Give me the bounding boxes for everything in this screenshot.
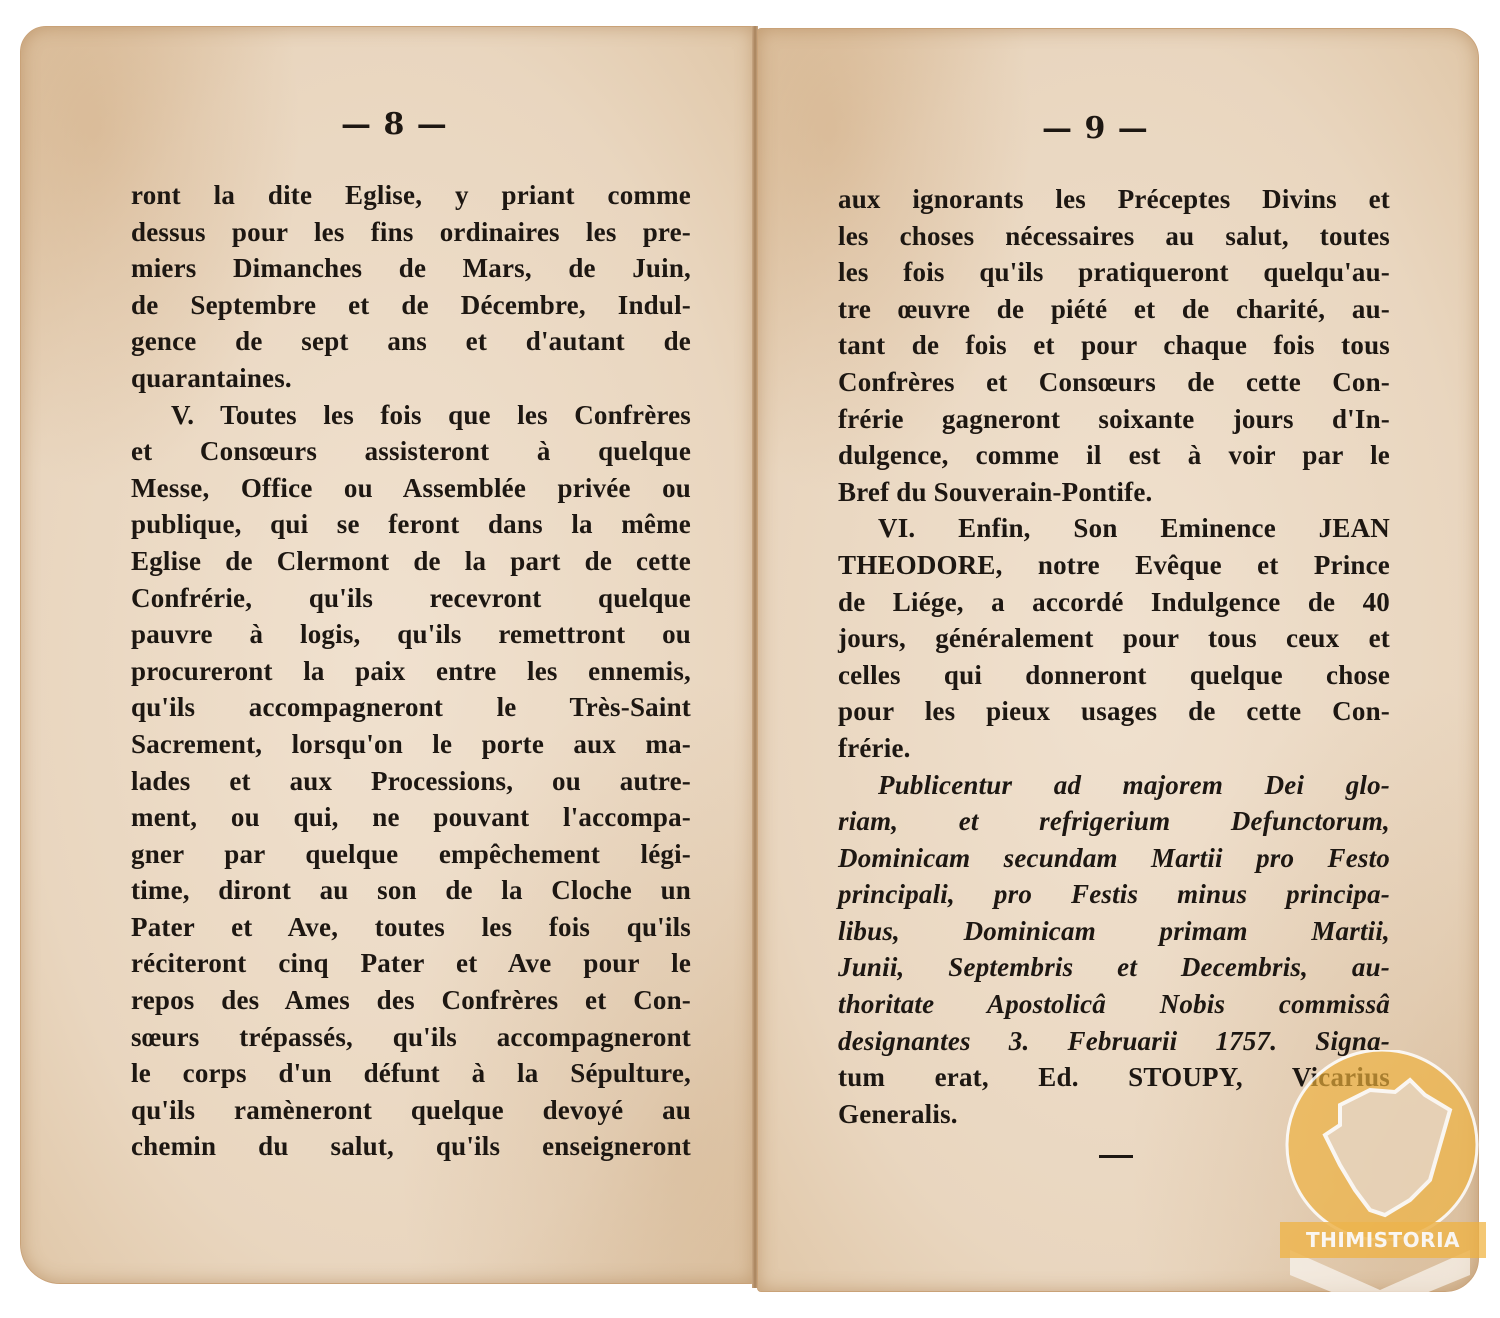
text-line: aux ignorants les Préceptes Divins et <box>838 181 1390 218</box>
text-line: frérie. <box>838 730 1390 767</box>
paragraph-vi-start: VI. Enfin, Son Eminence JEAN <box>838 510 1390 547</box>
text-line: Dominicam secundam Martii pro Festo <box>838 840 1390 877</box>
left-page-text: ront la dite Eglise, y priant comme dess… <box>131 177 691 1165</box>
text-line: pauvre à logis, qu'ils remettront ou <box>131 616 691 653</box>
text-line: chemin du salut, qu'ils enseigneront <box>131 1128 691 1165</box>
text-line: Pater et Ave, toutes les fois qu'ils <box>131 909 691 946</box>
text-line: Sacrement, lorsqu'on le porte aux ma- <box>131 726 691 763</box>
text-line: THEODORE, notre Evêque et Prince <box>838 547 1390 584</box>
text-line: publique, qui se feront dans la même <box>131 506 691 543</box>
text-line: tant de fois et pour chaque fois tous <box>838 327 1390 364</box>
right-page-text: aux ignorants les Préceptes Divins et le… <box>838 181 1390 1132</box>
text-line: Confrérie, qu'ils recevront quelque <box>131 580 691 617</box>
text-line: frérie gagneront soixante jours d'In- <box>838 401 1390 438</box>
text-line: qu'ils ramèneront quelque devoyé au <box>131 1092 691 1129</box>
text-line: procureront la paix entre les ennemis, <box>131 653 691 690</box>
text-line: et Consœurs assisteront à quelque <box>131 433 691 470</box>
text-line: jours, généralement pour tous ceux et <box>838 620 1390 657</box>
text-line: lades et aux Processions, ou autre- <box>131 763 691 800</box>
page-number-9: — 9 — <box>1042 111 1149 146</box>
text-line: gence de sept ans et d'autant de <box>131 323 691 360</box>
text-line: Bref du Souverain-Pontife. <box>838 474 1390 511</box>
text-line: gner par quelque empêchement légi- <box>131 836 691 873</box>
text-line: dessus pour les fins ordinaires les pre- <box>131 214 691 251</box>
text-line: quarantaines. <box>131 360 691 397</box>
text-line: qu'ils accompagneront le Très-Saint <box>131 689 691 726</box>
paragraph-v-start: V. Toutes les fois que les Confrères <box>131 397 691 434</box>
latin-paragraph-start: Publicentur ad majorem Dei glo- <box>838 767 1390 804</box>
text-line: dulgence, comme il est à voir par le <box>838 437 1390 474</box>
text-line: ment, ou qui, ne pouvant l'accompa- <box>131 799 691 836</box>
text-line: pour les pieux usages de cette Con- <box>838 693 1390 730</box>
text-line: libus, Dominicam primam Martii, <box>838 913 1390 950</box>
text-line: tre œuvre de piété et de charité, au- <box>838 291 1390 328</box>
text-line: ront la dite Eglise, y priant comme <box>131 177 691 214</box>
text-line: riam, et refrigerium Defunctorum, <box>838 803 1390 840</box>
text-line: time, diront au son de la Cloche un <box>131 872 691 909</box>
text-line: les fois qu'ils pratiqueront quelqu'au- <box>838 254 1390 291</box>
text-line: de Septembre et de Décembre, Indul- <box>131 287 691 324</box>
page-number-8: — 8 — <box>341 107 448 142</box>
thimistoria-watermark: THIMISTORIA <box>1270 1050 1490 1310</box>
text-line: thoritate Apostolicâ Nobis commissâ <box>838 986 1390 1023</box>
text-line: sœurs trépassés, qu'ils accompagneront <box>131 1019 691 1056</box>
left-page: — 8 — ront la dite Eglise, y priant comm… <box>20 26 755 1284</box>
text-line: repos des Ames des Confrères et Con- <box>131 982 691 1019</box>
text-line: réciteront cinq Pater et Ave pour le <box>131 945 691 982</box>
text-line: Eglise de Clermont de la part de cette <box>131 543 691 580</box>
text-line: le corps d'un défunt à la Sépulture, <box>131 1055 691 1092</box>
text-line: de Liége, a accordé Indulgence de 40 <box>838 584 1390 621</box>
text-line: les choses nécessaires au salut, toutes <box>838 218 1390 255</box>
text-line: Junii, Septembris et Decembris, au- <box>838 949 1390 986</box>
region-map-shield-icon <box>1270 1050 1490 1310</box>
text-line: miers Dimanches de Mars, de Juin, <box>131 250 691 287</box>
text-line: principali, pro Festis minus principa- <box>838 876 1390 913</box>
text-line: Confrères et Consœurs de cette Con- <box>838 364 1390 401</box>
text-line: celles qui donneront quelque chose <box>838 657 1390 694</box>
watermark-label: THIMISTORIA <box>1280 1222 1486 1258</box>
text-line: Messe, Office ou Assemblée privée ou <box>131 470 691 507</box>
end-rule-divider <box>1099 1155 1133 1158</box>
